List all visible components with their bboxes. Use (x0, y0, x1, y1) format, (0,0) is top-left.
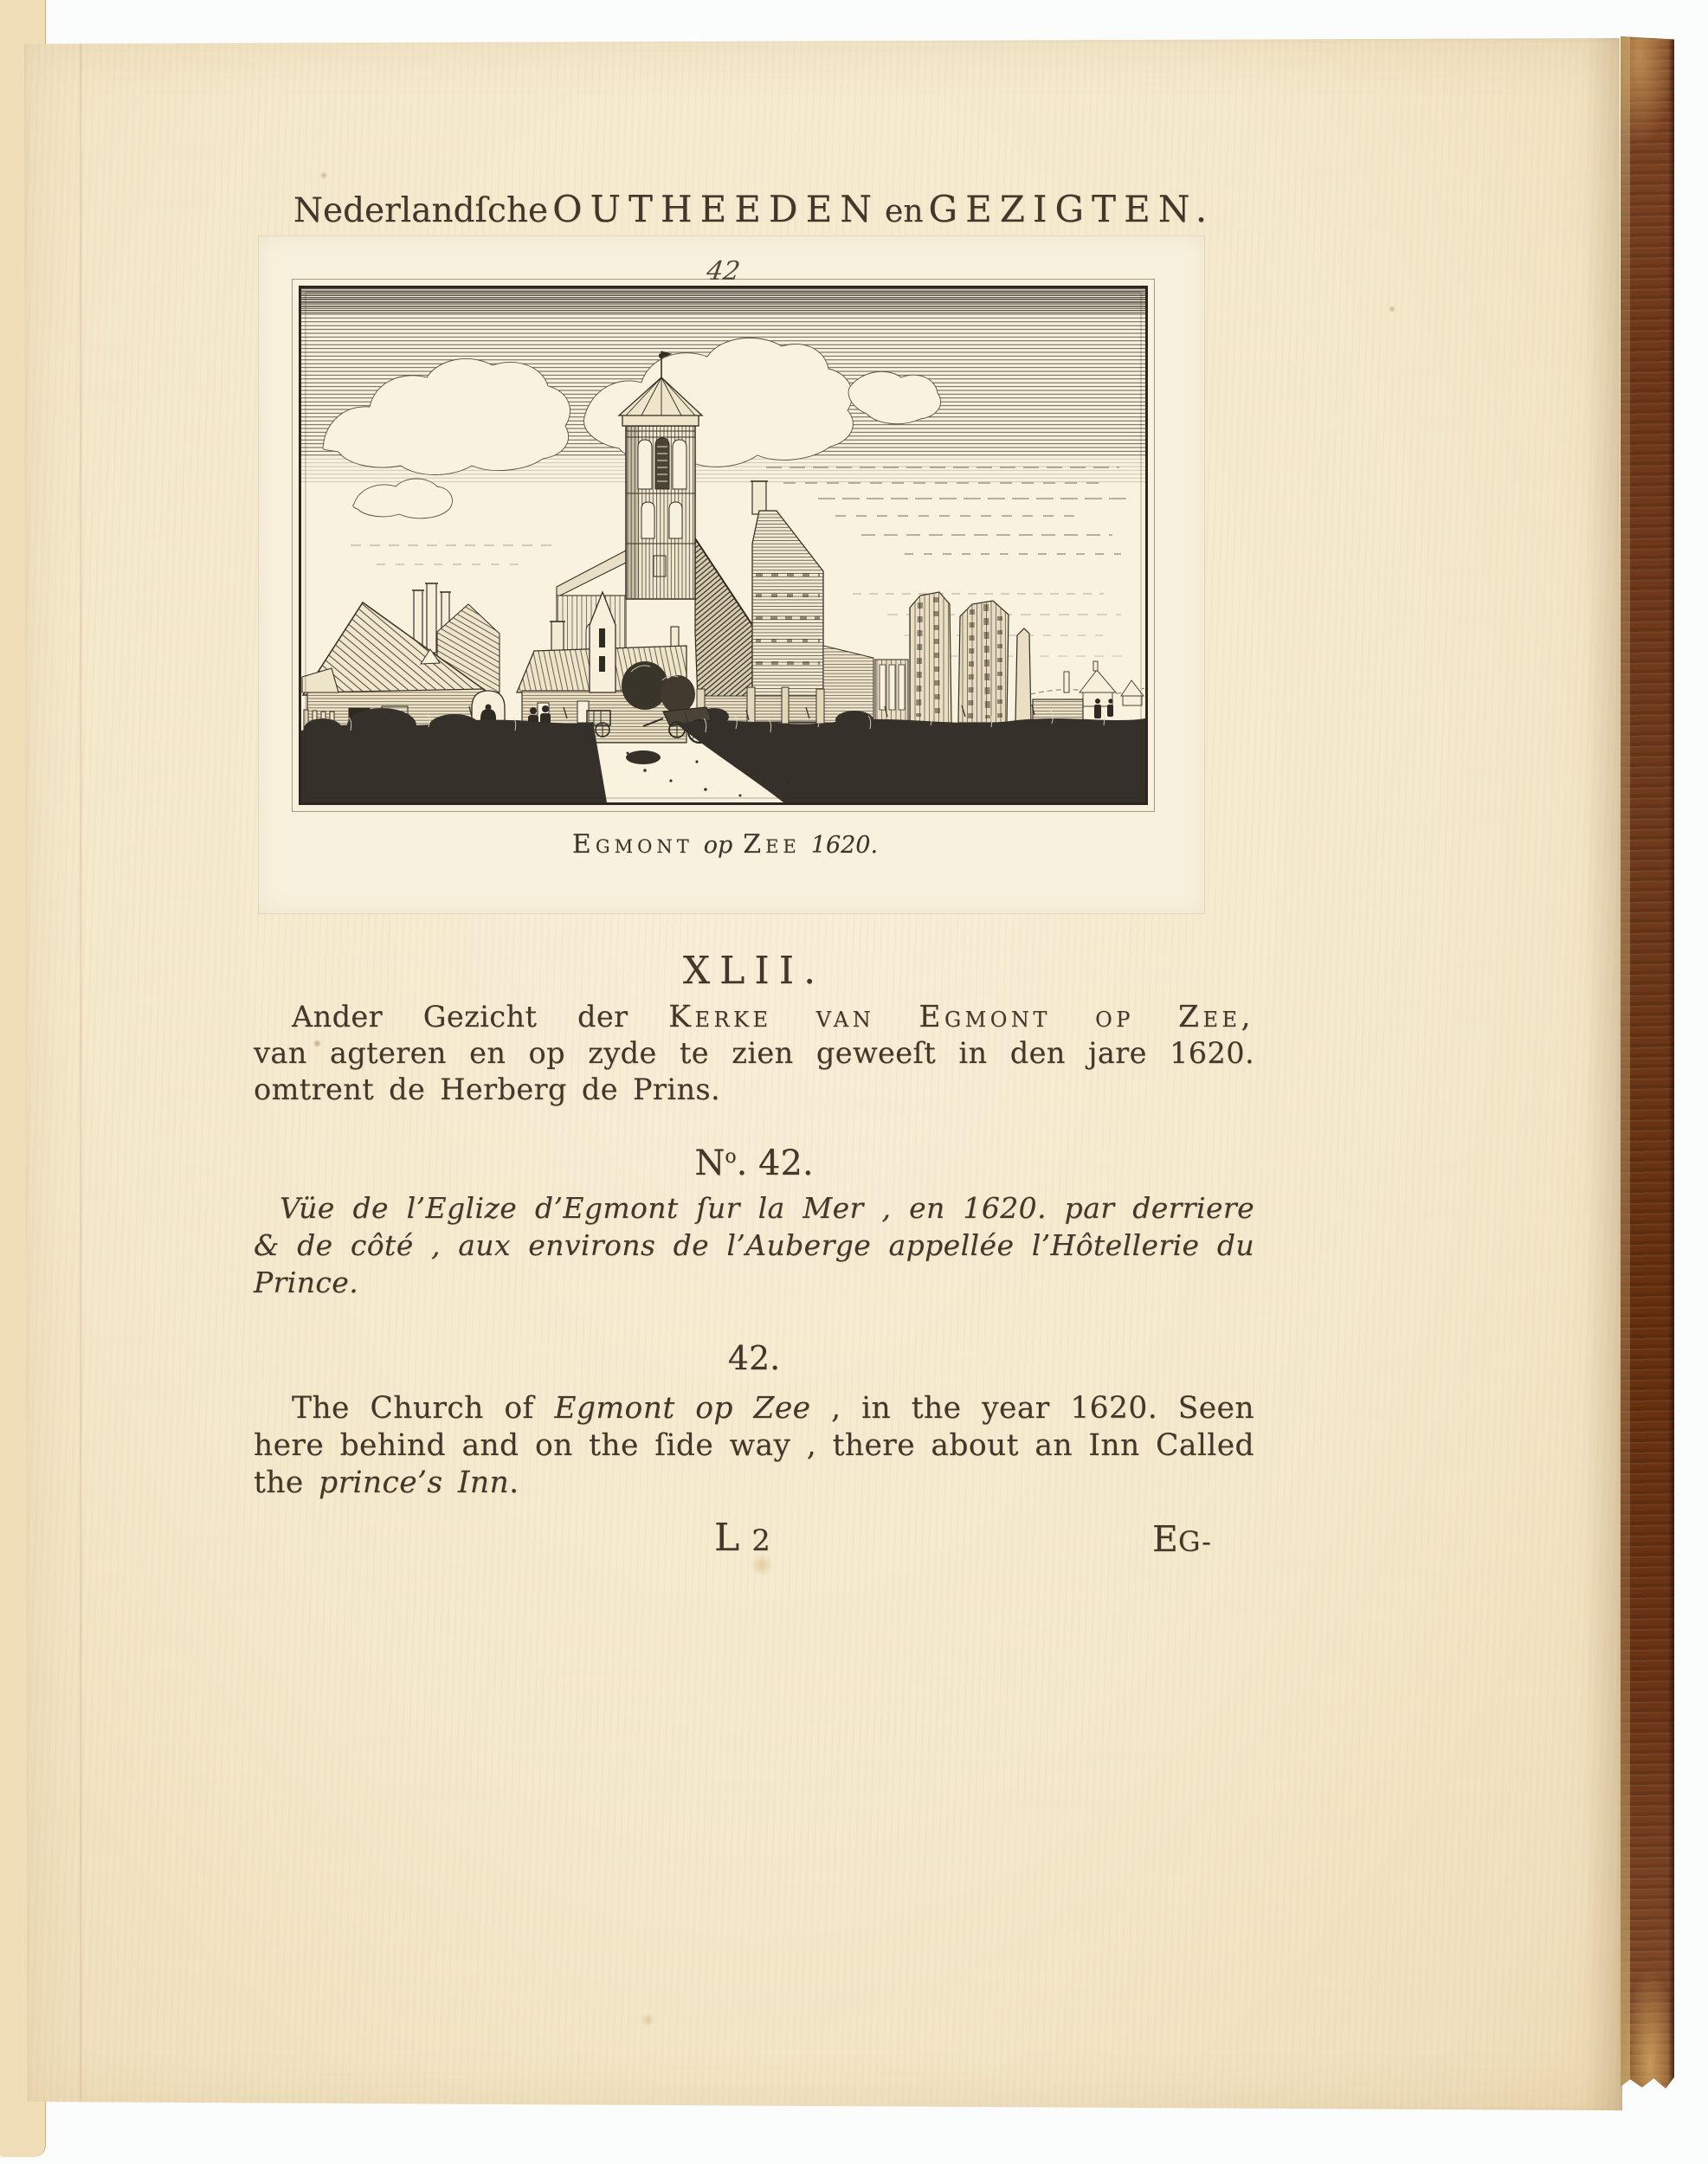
english-line-3-rest: . (509, 1465, 519, 1500)
numero-sup: o (725, 1146, 736, 1168)
running-title-caps2: GEZIGTEN. (929, 188, 1215, 230)
french-line-1: Vüe de l’Eglize d’Egmont ſur la Mer , en… (254, 1189, 1254, 1227)
english-line-3: the prince’s Inn. (254, 1465, 1254, 1502)
signature-number: 2 (751, 1523, 770, 1558)
english-line-3-italic: prince’s Inn (319, 1465, 509, 1500)
foxing-spot (1389, 306, 1395, 312)
engraving-caption: EgmontopZee1620. (299, 829, 1148, 860)
english-line-3-text: the (254, 1465, 319, 1500)
french-line-2: & de côté , aux environs de l’Auberge ap… (254, 1227, 1254, 1264)
page-crease (80, 38, 83, 2112)
section-heading-number-french: No. 42. (254, 1143, 1254, 1183)
caption-op: op (704, 832, 733, 859)
numero-n: N (694, 1143, 725, 1183)
catchword: EG- (1152, 1518, 1212, 1560)
dutch-description: Ander Gezicht der Kerke van Egmont op Ze… (254, 999, 1254, 1108)
numero-rest: . 42. (737, 1143, 814, 1183)
spine-wear-bottom (1621, 1960, 1674, 2090)
book-page: Nederlandſche OUTHEEDENenGEZIGTEN. 42 (24, 38, 1622, 2112)
engraving-plate: 42 (258, 235, 1205, 914)
french-description: Vüe de l’Eglize d’Egmont ſur la Mer , en… (254, 1189, 1254, 1301)
foxing-spot (641, 2013, 655, 2026)
english-line-2: here behind and on the ſide way , there … (254, 1427, 1254, 1465)
running-title-caps1: OUTHEEDEN (552, 188, 880, 230)
english-line-1-rest: , in the year 1620. Seen (811, 1391, 1255, 1426)
caption-place: Egmont (572, 829, 693, 860)
section-heading-roman: XLII. (254, 949, 1254, 993)
spine-worn-inner-edge (1621, 36, 1630, 2090)
english-line-1-italic: Egmont op Zee (554, 1391, 810, 1426)
engraving-illustration (299, 286, 1148, 805)
spine-wear-top (1621, 36, 1674, 149)
dutch-line-2: van agteren en op zyde te zien geweeſt i… (254, 1035, 1254, 1072)
ruin-arcade (875, 660, 908, 723)
english-description: The Church of Egmont op Zee , in the yea… (254, 1390, 1254, 1502)
book-spine (1621, 36, 1674, 2090)
church-tower (622, 414, 699, 599)
running-title: Nederlandſche OUTHEEDENenGEZIGTEN. (254, 188, 1254, 230)
catchword-rest: G- (1178, 1525, 1212, 1558)
spine-dark-edge (1668, 36, 1674, 2090)
signature-mark: L2 (714, 1516, 770, 1560)
french-line-3: Prince. (254, 1264, 1254, 1301)
running-title-conjunction: en (885, 194, 924, 229)
dutch-line-1-smallcaps: Kerke van Egmont op Zee, (668, 1000, 1254, 1034)
catchword-initial: E (1152, 1518, 1178, 1560)
foxing-spot (319, 171, 328, 179)
caption-year: 1620. (811, 832, 878, 859)
running-title-prefix: Nederlandſche (293, 191, 548, 230)
section-heading-number-english: 42. (254, 1339, 1254, 1377)
dutch-line-1: Ander Gezicht der Kerke van Egmont op Ze… (254, 999, 1254, 1035)
dutch-line-3: omtrent de Herberg de Prins. (254, 1072, 1254, 1108)
book-photograph: Nederlandſche OUTHEEDENenGEZIGTEN. 42 (0, 0, 1708, 2164)
dutch-line-1-text: Ander Gezicht der (292, 1000, 668, 1034)
caption-zee: Zee (743, 829, 801, 860)
signature-letter: L (714, 1516, 739, 1560)
english-line-1: The Church of Egmont op Zee , in the yea… (254, 1390, 1254, 1427)
english-line-1-text: The Church of (292, 1391, 554, 1426)
